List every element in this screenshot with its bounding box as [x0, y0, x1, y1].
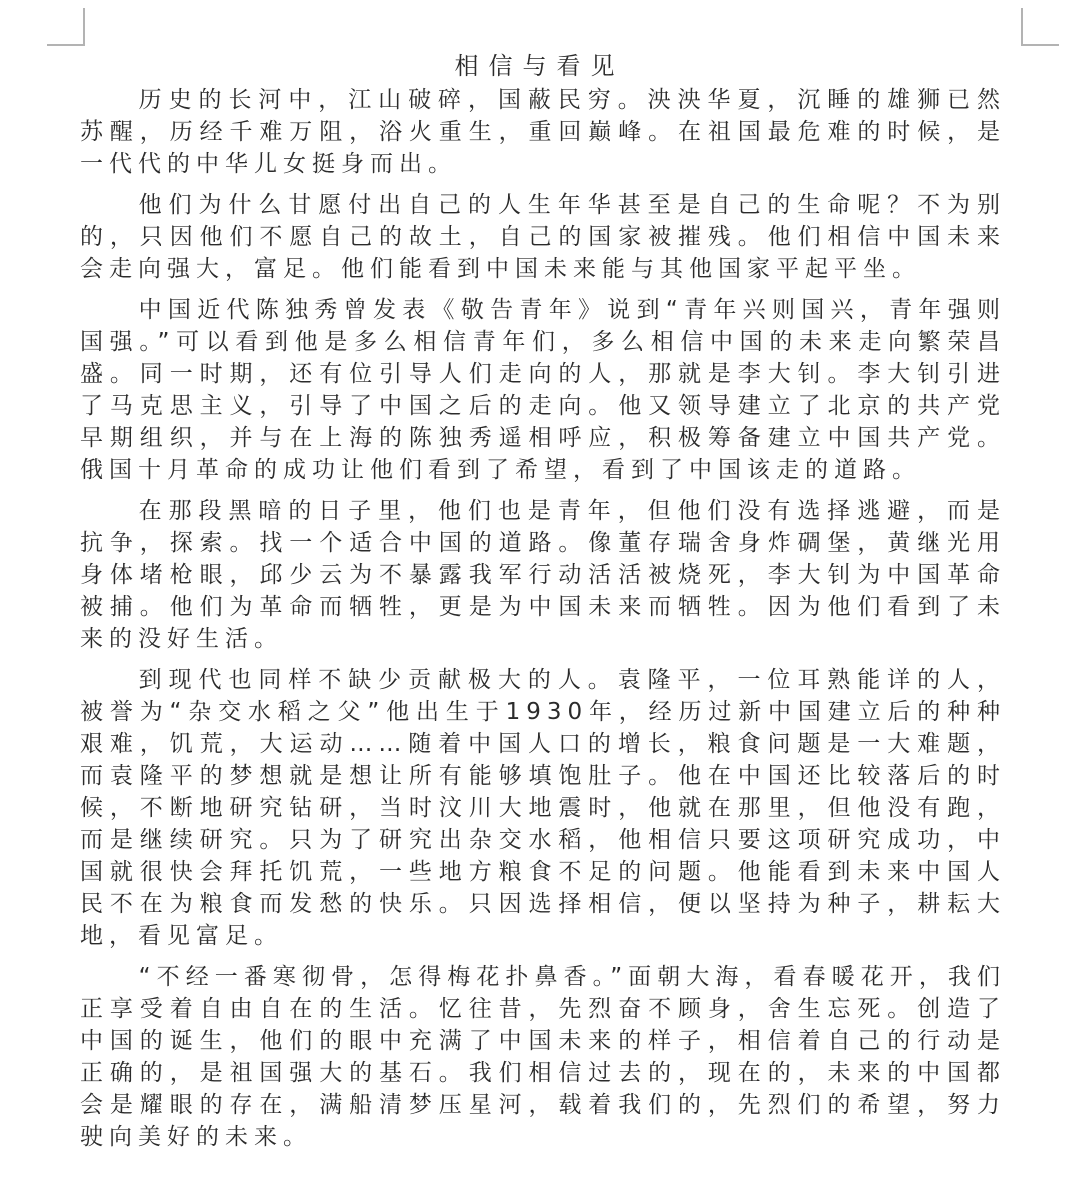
essay-paragraph-3: 中国近代陈独秀曾发表《敬告青年》说到“青年兴则国兴，青年强则国强。”可以看到他是… — [80, 294, 1006, 486]
answer-sheet-page: 相信与看见 历史的长河中，江山破碎，国蔽民穷。泱泱华夏，沉睡的雄狮已然苏醒，历经… — [0, 0, 1079, 1203]
essay-paragraph-1: 历史的长河中，江山破碎，国蔽民穷。泱泱华夏，沉睡的雄狮已然苏醒，历经千难万阻，浴… — [80, 84, 1006, 180]
essay-paragraph-5: 到现代也同样不缺少贡献极大的人。袁隆平，一位耳熟能详的人，被誉为“杂交水稻之父”… — [80, 664, 1006, 952]
crop-mark-top-right-icon — [1021, 8, 1059, 46]
essay-paragraph-6: “不经一番寒彻骨，怎得梅花扑鼻香。”面朝大海，看春暖花开，我们正享受着自由自在的… — [80, 961, 1006, 1153]
essay-body: 历史的长河中，江山破碎，国蔽民穷。泱泱华夏，沉睡的雄狮已然苏醒，历经千难万阻，浴… — [80, 84, 1006, 1162]
essay-paragraph-2: 他们为什么甘愿付出自己的人生年华甚至是自己的生命呢？不为别的，只因他们不愿自己的… — [80, 189, 1006, 285]
essay-title: 相信与看见 — [0, 46, 1079, 81]
essay-paragraph-4: 在那段黑暗的日子里，他们也是青年，但他们没有选择逃避，而是抗争，探索。找一个适合… — [80, 495, 1006, 655]
crop-mark-top-left-icon — [47, 8, 85, 46]
